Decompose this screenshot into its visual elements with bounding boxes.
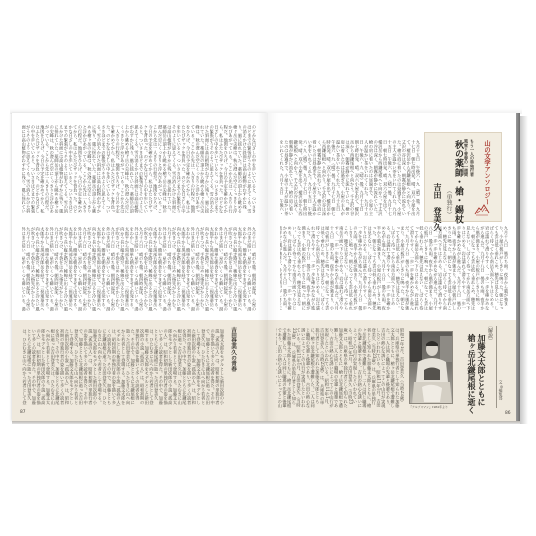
commentary-label: 〔解説〕 xyxy=(487,323,494,343)
left-body-tier-2: 九月十六日 晴のち曇。朝四時起床、小屋の外はまだ暗い。星がいくつも瞬いている。湯… xyxy=(22,227,256,313)
book-gutter xyxy=(258,113,278,421)
subtitle-line-1: もう一人の単独行者 xyxy=(469,139,475,177)
historical-photo xyxy=(409,331,453,404)
commentary-title-line-1: 加藤文太郎とともに xyxy=(476,334,487,406)
article-genre: （単独行） xyxy=(444,188,453,217)
page-number-left: 87 xyxy=(20,410,26,415)
essay-body: 加藤文太郎をモデルとした新田次郎の小説『孤高の人』は、昭和初期の単独行者の姿を描… xyxy=(22,329,224,408)
series-label: 山の文学アンソロジー xyxy=(482,140,491,205)
commentary-title-line-2: 槍ヶ岳北鎌尾根に逝く xyxy=(466,334,477,414)
page-edge-shadow xyxy=(520,116,528,424)
left-body-tier-1: のどかな日ざしの中を歩いていると、ついさきほどまでの緊張がうそのように思えてくる… xyxy=(22,125,256,217)
commentary-byline: 文◎編集部 xyxy=(499,380,504,400)
commentary-body: 昭和11年1月、吉田登美久（当時23歳）は、兵庫県の単独行者として知られた加藤文… xyxy=(276,328,404,408)
commentary-divider xyxy=(496,326,497,408)
page-number-right: 86 xyxy=(505,411,511,416)
page-bottom-edge xyxy=(12,421,520,424)
mountain-sketch-icon xyxy=(474,201,490,217)
article-title: 秋の薬師・槍・錫杖 xyxy=(452,140,465,224)
right-body-tier-1: 九月十五日 午後六・九（晴）曇。九月十七日 朝七時出発、晴。双六小屋を出て、樅沢… xyxy=(280,140,420,218)
right-body-tier-2: 九月十八日 曇のち雨。夜半から風が強まり、小屋の板戸がしきりに鳴った。朝になって… xyxy=(280,226,508,312)
article-author: 吉田 登美久 xyxy=(433,183,444,231)
photo-caption: 『アルプスマン』1962年より xyxy=(409,405,455,409)
essay-heading: 吉田登美久の青春 xyxy=(229,327,237,372)
